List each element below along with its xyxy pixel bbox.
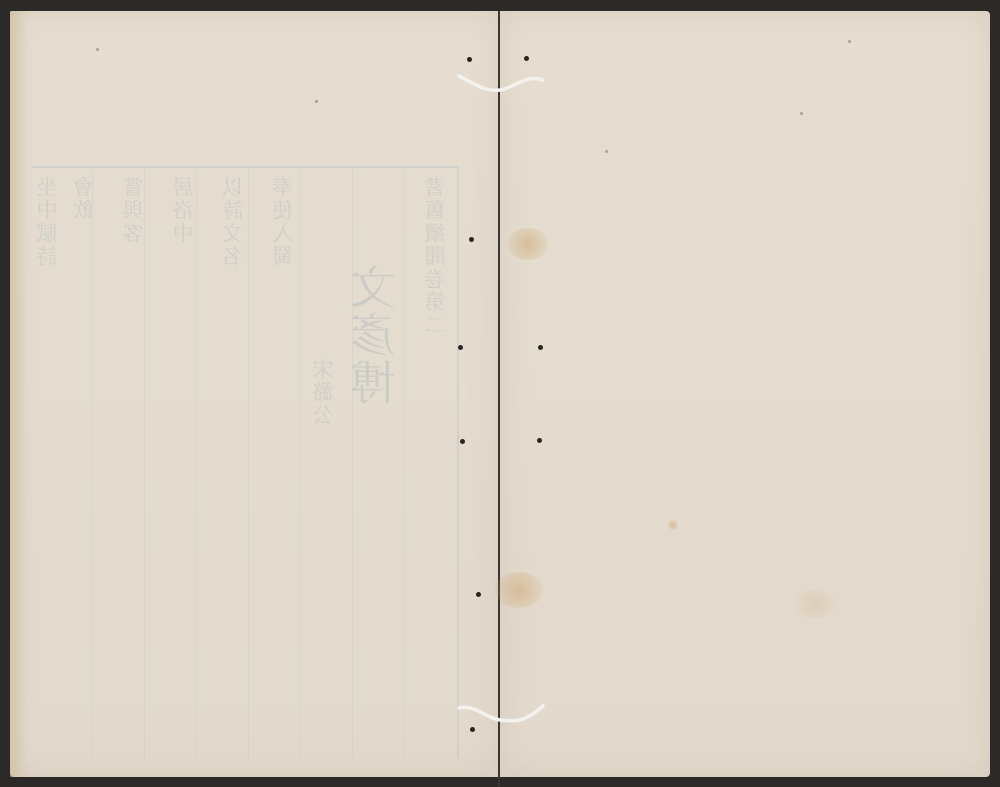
stitch-hole [467,57,472,62]
show-through-column: 以詩文名 [222,176,246,268]
column-rule [196,168,197,758]
left-page: 耆舊續聞卷第二 文彥博 宋潞公 奉使入蜀 以詩文名 居洛中 嘗與客 會飲 坐中賦… [10,11,499,777]
paper-speck [96,48,99,51]
book-spread: 耆舊續聞卷第二 文彥博 宋潞公 奉使入蜀 以詩文名 居洛中 嘗與客 會飲 坐中賦… [0,0,1000,787]
right-page [500,11,990,777]
column-rule [144,168,145,758]
paper-speck [800,112,803,115]
spine-gutter [498,11,500,787]
paper-speck [315,100,318,103]
stitch-hole [460,439,465,444]
show-through-column: 會飲 [72,176,96,222]
show-through-column: 宋潞公 [312,358,336,427]
show-through-column: 耆舊續聞卷第二 [424,176,448,337]
paper-stain [495,572,543,608]
column-rule [300,168,301,758]
paper-stain [668,520,678,530]
show-through-column: 居洛中 [172,176,196,245]
show-through-frame: 耆舊續聞卷第二 文彥博 宋潞公 奉使入蜀 以詩文名 居洛中 嘗與客 會飲 坐中賦… [32,166,459,758]
stitch-hole [458,345,463,350]
stitch-hole [537,438,542,443]
stitch-hole [538,345,543,350]
show-through-title: 文彥博 [350,263,403,407]
stitch-hole [469,237,474,242]
stitch-hole [524,56,529,61]
paper-stain [795,590,835,618]
paper-speck [848,40,851,43]
stitch-hole [476,592,481,597]
thread-stitch-bottom [455,700,550,730]
column-rule [92,168,93,758]
column-rule [404,168,405,758]
show-through-column: 嘗與客 [122,176,146,245]
column-rule [248,168,249,758]
column-rule [352,168,353,758]
show-through-column: 奉使入蜀 [272,176,296,268]
paper-speck [605,150,608,153]
show-through-column: 坐中賦詩 [36,176,60,268]
thread-stitch-top [455,70,550,100]
paper-stain [508,228,548,260]
